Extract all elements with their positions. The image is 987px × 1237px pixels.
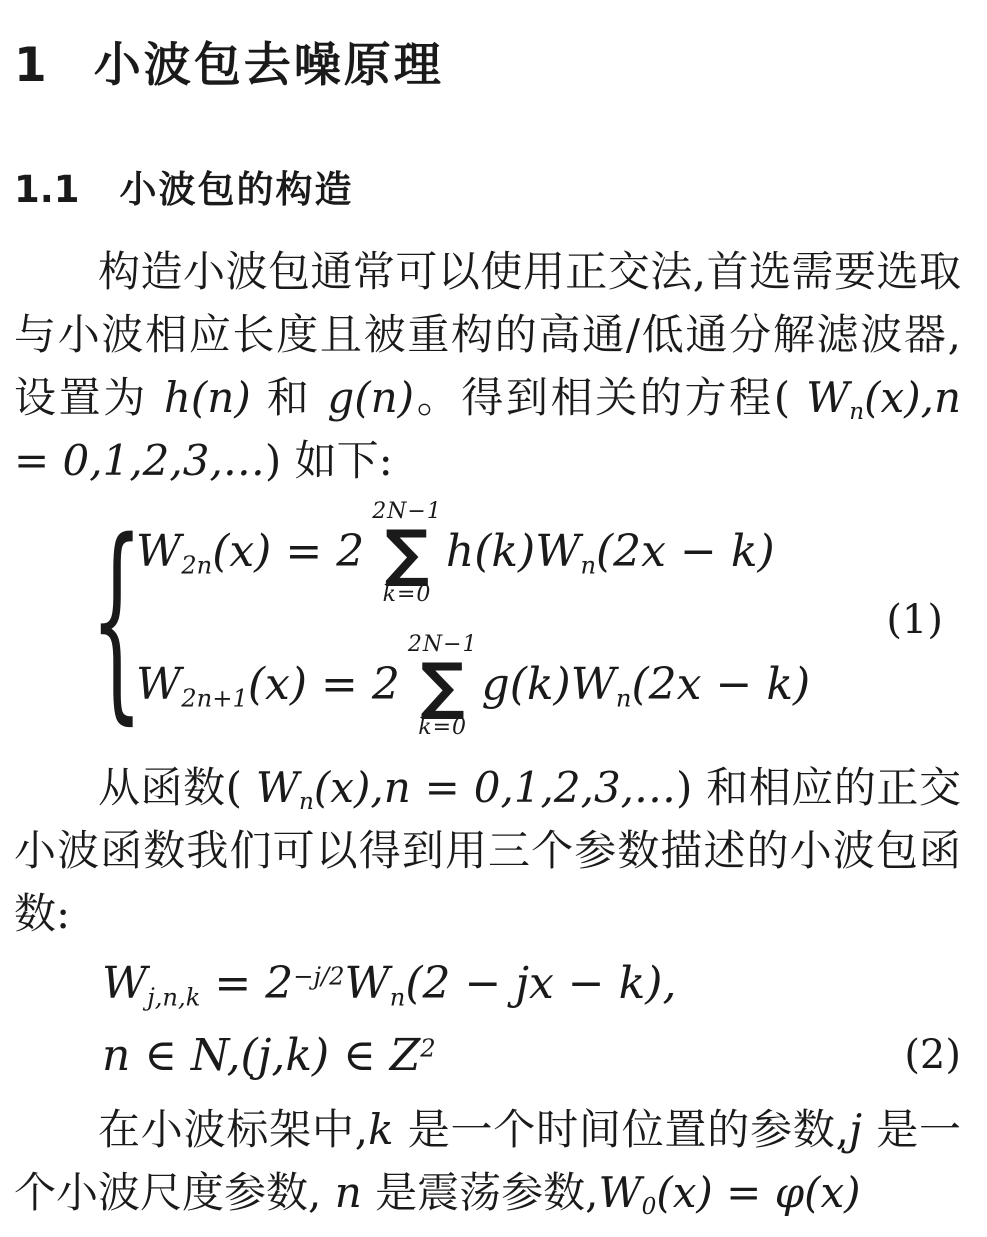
paragraph-2-text: 从函数( <box>98 763 256 812</box>
inline-math-h-n: h(n) <box>164 373 251 422</box>
equation-2-line-2: n ∈ N,(j,k) ∈ Z2 (2) <box>102 1027 961 1084</box>
subsection-number: 1.1 <box>14 168 80 211</box>
paper-page: 1小波包去噪原理 1.1小波包的构造 构造小波包通常可以使用正交法,首选需要选取… <box>0 0 987 1237</box>
equation-1-row-2: W2n+1(x) = 2 2N−1 ∑ k=0 g(k)Wn(2x − k) <box>136 633 810 740</box>
left-curly-brace: { <box>91 514 143 727</box>
equation-2-line-1: Wj,n,k = 2−j/2Wn(2 − jx − k), <box>102 955 961 1012</box>
inline-math-g-n: g(n) <box>327 373 414 422</box>
summation-lower-limit: k=0 <box>418 716 467 740</box>
subscript-n: n <box>616 684 632 712</box>
subsection-heading: 1.1小波包的构造 <box>14 168 961 212</box>
subscript-2n-plus-1: 2n+1 <box>181 684 248 712</box>
inline-math-phi: (x) = φ(x) <box>656 1168 860 1217</box>
subscript-2n: 2n <box>181 551 212 579</box>
inline-math-W: W <box>256 763 299 812</box>
inline-math-W0: W <box>598 1168 641 1217</box>
superscript-minus-j-half: −j/2 <box>293 963 344 991</box>
equation-2-number: (2) <box>904 1029 961 1081</box>
equation-1-row-1: W2n(x) = 2 2N−1 ∑ k=0 h(k)Wn(2x − k) <box>136 500 810 607</box>
inline-math-W: W <box>806 373 849 422</box>
subsection-title: 小波包的构造 <box>120 168 354 211</box>
subscript-jnk: j,n,k <box>147 984 200 1012</box>
summation-row-2: 2N−1 ∑ k=0 <box>408 633 478 740</box>
equation-1-number: (1) <box>886 597 943 643</box>
section-heading: 1小波包去噪原理 <box>14 0 961 94</box>
summation-symbol: ∑ <box>385 524 430 583</box>
paragraph-2: 从函数( Wn(x),n = 0,1,2,3,…) 和相应的正交小波函数我们可以… <box>14 756 961 945</box>
subscript-0: 0 <box>642 1194 657 1220</box>
subscript-n: n <box>580 551 596 579</box>
paragraph-3-text: 在小波标架中, <box>98 1105 368 1154</box>
paragraph-1: 构造小波包通常可以使用正交法,首选需要选取与小波相应长度且被重构的高通/低通分解… <box>14 240 961 492</box>
summation-lower-limit: k=0 <box>383 583 432 607</box>
summation-symbol: ∑ <box>420 657 465 716</box>
equation-brace: { <box>100 545 134 695</box>
section-number: 1 <box>14 38 50 93</box>
summation-row-1: 2N−1 ∑ k=0 <box>372 500 442 607</box>
equation-1: { W2n(x) = 2 2N−1 ∑ k=0 h(k)Wn(2x − k) W… <box>14 492 961 747</box>
paragraph-3: 在小波标架中,k 是一个时间位置的参数,j 是一个小波尺度参数, n 是震荡参数… <box>14 1098 961 1224</box>
inline-math-j: j <box>849 1105 862 1154</box>
inline-math-k: k <box>368 1105 393 1154</box>
superscript-2: 2 <box>420 1034 435 1062</box>
subscript-n: n <box>390 984 406 1012</box>
inline-math-W-subscript: n <box>849 399 864 425</box>
equation-2: Wj,n,k = 2−j/2Wn(2 − jx − k), n ∈ N,(j,k… <box>102 955 961 1083</box>
section-title: 小波包去噪原理 <box>94 38 444 93</box>
inline-math-sequence: (x),n = 0,1,2,3,… <box>314 763 676 812</box>
inline-math-W-subscript: n <box>299 789 314 815</box>
inline-math-n: n <box>335 1168 362 1217</box>
